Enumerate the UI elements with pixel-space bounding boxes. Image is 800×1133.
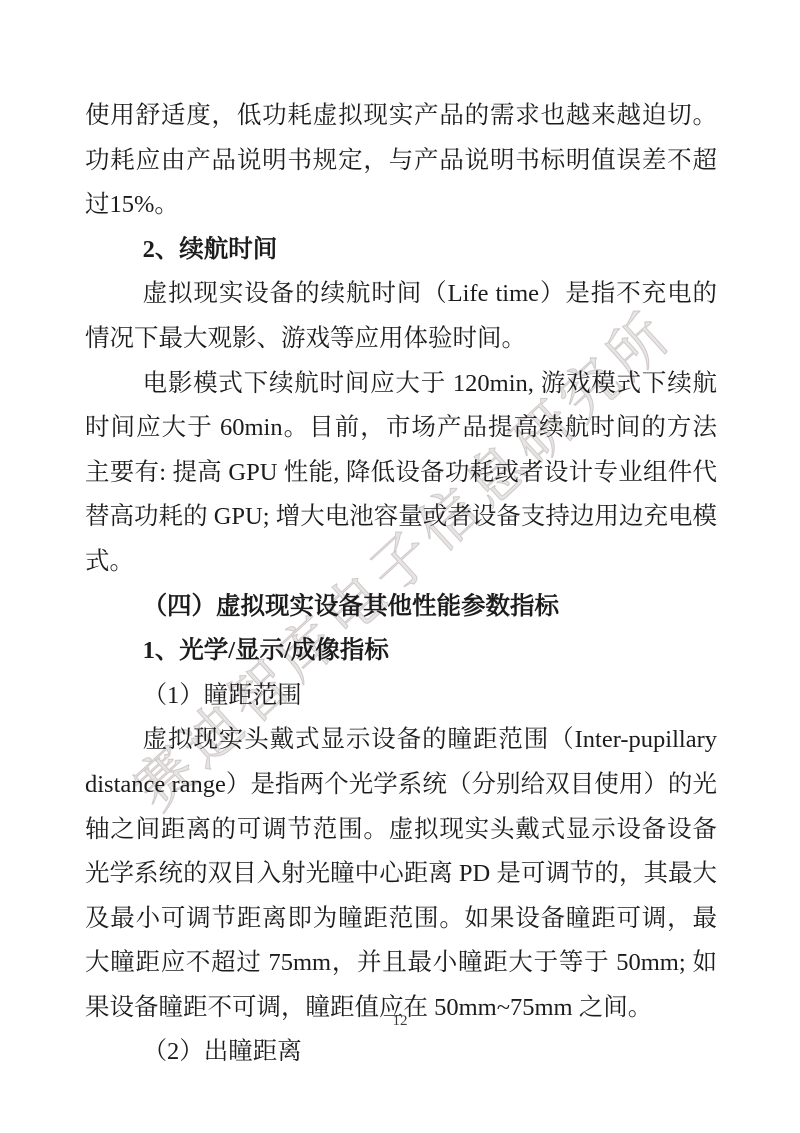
- paragraph-power-consumption-requirement: 使用舒适度，低功耗虚拟现实产品的需求也越来越迫切。功耗应由产品说明书规定，与产品…: [85, 94, 717, 228]
- heading-other-performance-parameters: （四）虚拟现实设备其他性能参数指标: [85, 585, 717, 630]
- document-body: 使用舒适度，低功耗虚拟现实产品的需求也越来越迫切。功耗应由产品说明书规定，与产品…: [85, 94, 717, 1075]
- document-page: 赛迪智库电子信息研究所 使用舒适度，低功耗虚拟现实产品的需求也越来越迫切。功耗应…: [0, 0, 800, 1133]
- paragraph-battery-life-definition: 虚拟现实设备的续航时间（Life time）是指不充电的情况下最大观影、游戏等应…: [85, 272, 717, 361]
- heading-battery-life: 2、续航时间: [85, 228, 717, 273]
- paragraph-battery-life-requirements: 电影模式下续航时间应大于 120min, 游戏模式下续航时间应大于 60min。…: [85, 362, 717, 585]
- heading-optical-display-imaging: 1、光学/显示/成像指标: [85, 629, 717, 674]
- page-number: 12: [0, 1013, 800, 1030]
- subheading-ipd-range: （1）瞳距范围: [85, 674, 717, 719]
- subheading-eye-relief: （2）出瞳距离: [85, 1030, 717, 1075]
- paragraph-ipd-range-definition: 虚拟现实头戴式显示设备的瞳距范围（Inter-pupillary distanc…: [85, 718, 717, 1030]
